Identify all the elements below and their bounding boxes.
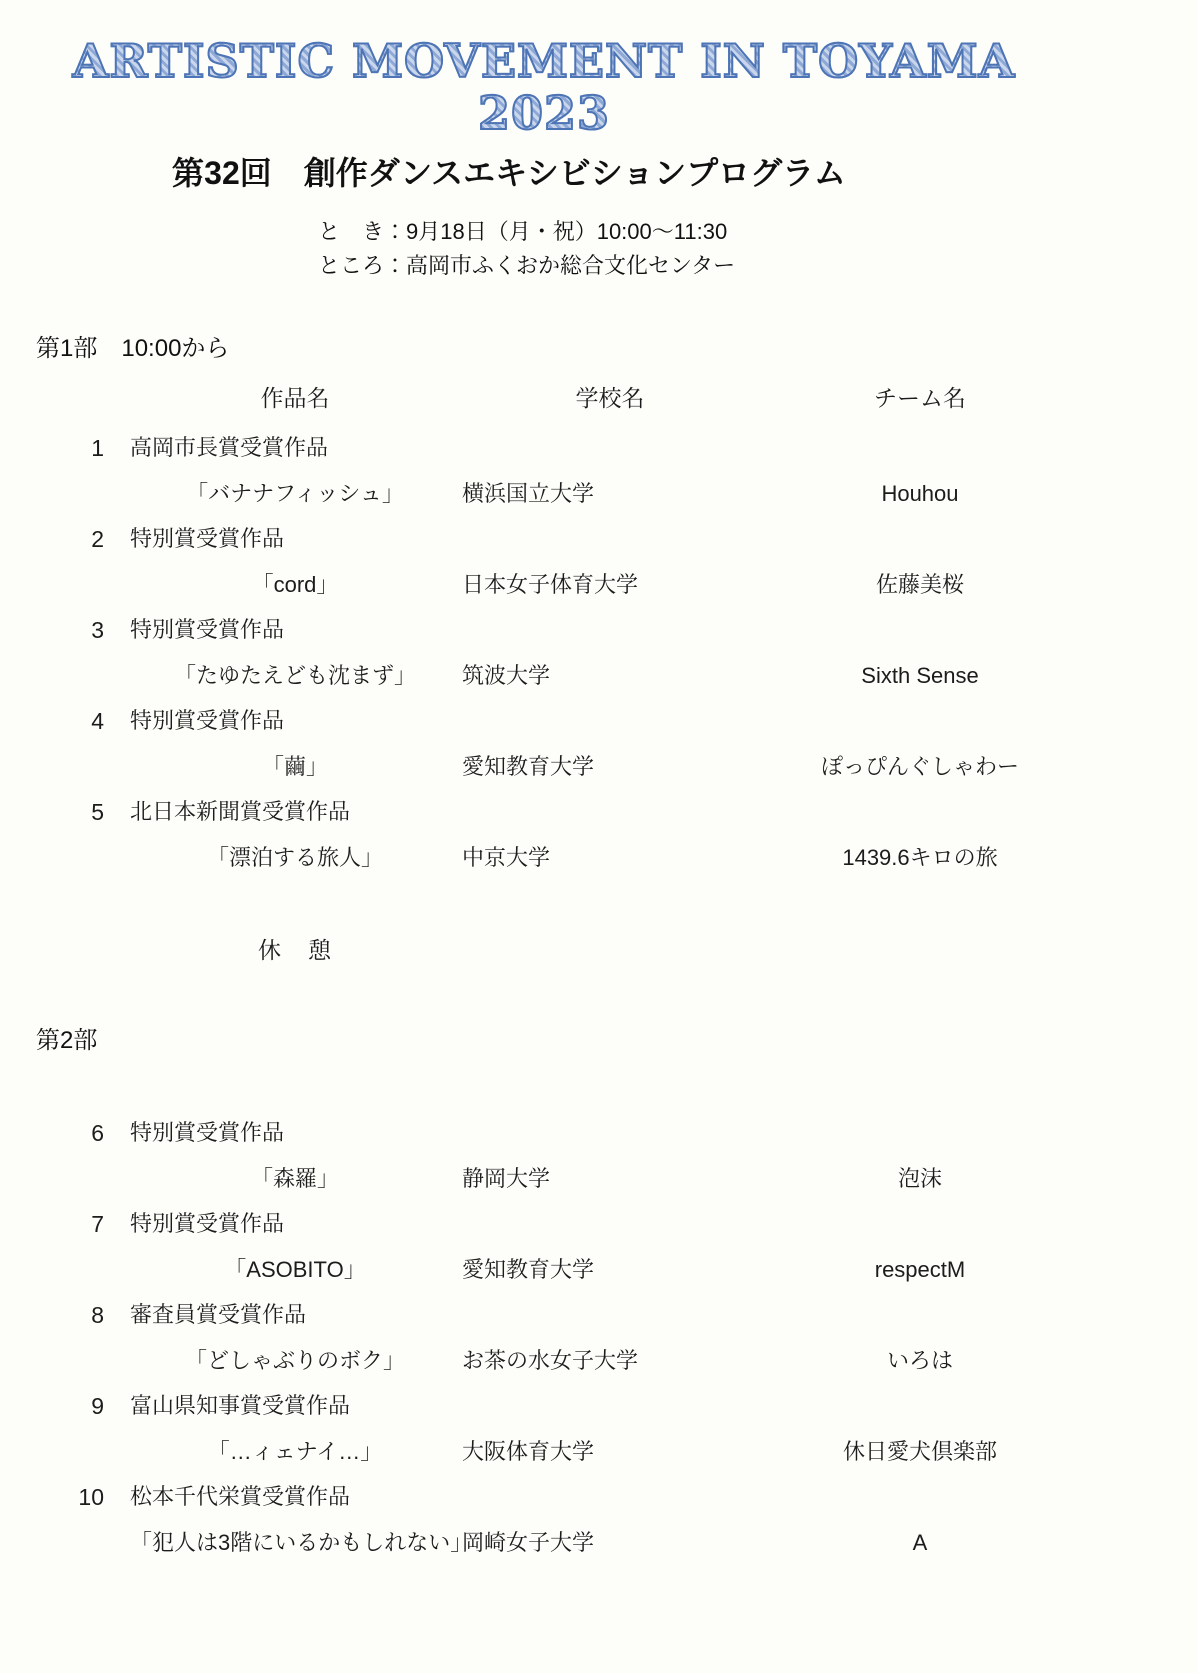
column-header-work: 作品名	[130, 383, 460, 413]
part1-start-time: 10:00から	[121, 335, 229, 362]
entry-number: 8	[60, 1300, 130, 1330]
entry-work-line: 「森羅」 静岡大学 泡沫	[60, 1164, 1198, 1194]
part2-heading: 第2部	[36, 1025, 1198, 1057]
entry-team: respectM	[760, 1255, 1080, 1285]
entry-work-title: 「どしゃぶりのボク」	[130, 1346, 460, 1376]
entry-team: Sixth Sense	[760, 661, 1080, 691]
entry-work-line: 「…ィェナイ…」 大阪体育大学 休日愛犬倶楽部	[60, 1437, 1198, 1467]
entry-work-title: 「漂泊する旅人」	[130, 843, 460, 873]
column-header-school: 学校名	[460, 383, 760, 413]
entry-award-line: 4 特別賞受賞作品	[60, 706, 1198, 736]
entry-team: 休日愛犬倶楽部	[760, 1437, 1080, 1467]
entry-team: 泡沫	[760, 1164, 1080, 1194]
entry-number-spacer	[60, 752, 130, 782]
entry-work-line: 「漂泊する旅人」 中京大学 1439.6キロの旅	[60, 843, 1198, 873]
event-datetime: と き：9月18日（月・祝）10:00〜11:30	[318, 215, 1198, 249]
entry-school: 岡崎女子大学	[460, 1528, 760, 1558]
entry-award-line: 3 特別賞受賞作品	[60, 615, 1198, 645]
entry-number-spacer	[60, 1346, 130, 1376]
entry-award-line: 6 特別賞受賞作品	[60, 1118, 1198, 1148]
entry-number-spacer	[60, 1255, 130, 1285]
column-header-team: チーム名	[760, 383, 1080, 413]
entry-work-title: 「森羅」	[130, 1164, 460, 1194]
part2-entry-list: 6 特別賞受賞作品 「森羅」 静岡大学 泡沫 7 特別賞受賞作品 「ASOBIT…	[0, 1118, 1198, 1558]
event-title: ARTISTIC MOVEMENT IN TOYAMA 2023	[0, 36, 1088, 139]
part1-label: 第1部	[36, 335, 97, 362]
entry-award: 特別賞受賞作品	[130, 1118, 1198, 1148]
entry-award-line: 8 審査員賞受賞作品	[60, 1300, 1198, 1330]
entry-number: 4	[60, 706, 130, 736]
entry-school: 愛知教育大学	[460, 752, 760, 782]
entry-work-line: 「ASOBITO」 愛知教育大学 respectM	[60, 1255, 1198, 1285]
program-entry: 7 特別賞受賞作品 「ASOBITO」 愛知教育大学 respectM	[0, 1209, 1198, 1285]
program-entry: 8 審査員賞受賞作品 「どしゃぶりのボク」 お茶の水女子大学 いろは	[0, 1300, 1198, 1376]
entry-number-spacer	[60, 661, 130, 691]
entry-award-line: 2 特別賞受賞作品	[60, 524, 1198, 554]
program-entry: 10 松本千代栄賞受賞作品 「犯人は3階にいるかもしれない」 岡崎女子大学 A	[0, 1482, 1198, 1558]
entry-school: 大阪体育大学	[460, 1437, 760, 1467]
entry-school: 筑波大学	[460, 661, 760, 691]
entry-award-line: 5 北日本新聞賞受賞作品	[60, 797, 1198, 827]
entry-award: 特別賞受賞作品	[130, 1209, 1198, 1239]
entry-award: 審査員賞受賞作品	[130, 1300, 1198, 1330]
program-subtitle: 第32回 創作ダンスエキシビションプログラム	[0, 153, 1018, 193]
entry-school: 静岡大学	[460, 1164, 760, 1194]
program-entry: 6 特別賞受賞作品 「森羅」 静岡大学 泡沫	[0, 1118, 1198, 1194]
entry-award-line: 7 特別賞受賞作品	[60, 1209, 1198, 1239]
event-meta: と き：9月18日（月・祝）10:00〜11:30 ところ：高岡市ふくおか総合文…	[318, 215, 1198, 283]
entry-team: ぽっぴんぐしゃわー	[760, 752, 1080, 782]
entry-work-line: 「繭」 愛知教育大学 ぽっぴんぐしゃわー	[60, 752, 1198, 782]
entry-number: 5	[60, 797, 130, 827]
entry-award-line: 1 高岡市長賞受賞作品	[60, 433, 1198, 463]
entry-school: 中京大学	[460, 843, 760, 873]
part1-heading: 第1部10:00から	[36, 333, 1198, 365]
entry-work-title: 「ASOBITO」	[130, 1255, 460, 1285]
part1-entry-list: 1 高岡市長賞受賞作品 「バナナフィッシュ」 横浜国立大学 Houhou 2 特…	[0, 433, 1198, 873]
intermission-label: 休 憩	[258, 935, 1198, 965]
program-entry: 2 特別賞受賞作品 「cord」 日本女子体育大学 佐藤美桜	[0, 524, 1198, 600]
entry-team: Houhou	[760, 479, 1080, 509]
entry-award: 特別賞受賞作品	[130, 524, 1198, 554]
program-document: { "page": { "title": "ARTISTIC MOVEMENT …	[0, 0, 1198, 1673]
entry-work-title: 「犯人は3階にいるかもしれない」	[130, 1528, 460, 1558]
entry-work-title: 「…ィェナイ…」	[130, 1437, 460, 1467]
program-entry: 9 富山県知事賞受賞作品 「…ィェナイ…」 大阪体育大学 休日愛犬倶楽部	[0, 1391, 1198, 1467]
part2-label: 第2部	[36, 1027, 97, 1054]
program-entry: 4 特別賞受賞作品 「繭」 愛知教育大学 ぽっぴんぐしゃわー	[0, 706, 1198, 782]
entry-number: 3	[60, 615, 130, 645]
entry-number-spacer	[60, 1164, 130, 1194]
entry-award-line: 10 松本千代栄賞受賞作品	[60, 1482, 1198, 1512]
entry-number: 9	[60, 1391, 130, 1421]
entry-school: 愛知教育大学	[460, 1255, 760, 1285]
entry-work-line: 「バナナフィッシュ」 横浜国立大学 Houhou	[60, 479, 1198, 509]
entry-team: いろは	[760, 1346, 1080, 1376]
entry-number-spacer	[60, 843, 130, 873]
program-entry: 1 高岡市長賞受賞作品 「バナナフィッシュ」 横浜国立大学 Houhou	[0, 433, 1198, 509]
entry-number-spacer	[60, 1528, 130, 1558]
entry-school: お茶の水女子大学	[460, 1346, 760, 1376]
entry-award: 北日本新聞賞受賞作品	[130, 797, 1198, 827]
entry-number-spacer	[60, 570, 130, 600]
entry-work-line: 「cord」 日本女子体育大学 佐藤美桜	[60, 570, 1198, 600]
entry-number-spacer	[60, 1437, 130, 1467]
entry-work-line: 「たゆたえども沈まず」 筑波大学 Sixth Sense	[60, 661, 1198, 691]
entry-school: 日本女子体育大学	[460, 570, 760, 600]
program-entry: 5 北日本新聞賞受賞作品 「漂泊する旅人」 中京大学 1439.6キロの旅	[0, 797, 1198, 873]
entry-team: A	[760, 1528, 1080, 1558]
entry-number: 2	[60, 524, 130, 554]
column-header-row: 作品名 学校名 チーム名	[60, 383, 1198, 413]
program-entry: 3 特別賞受賞作品 「たゆたえども沈まず」 筑波大学 Sixth Sense	[0, 615, 1198, 691]
entry-award: 富山県知事賞受賞作品	[130, 1391, 1198, 1421]
event-venue: ところ：高岡市ふくおか総合文化センター	[318, 249, 1198, 283]
entry-number: 1	[60, 433, 130, 463]
entry-work-title: 「たゆたえども沈まず」	[130, 661, 460, 691]
entry-school: 横浜国立大学	[460, 479, 760, 509]
entry-award-line: 9 富山県知事賞受賞作品	[60, 1391, 1198, 1421]
entry-work-line: 「どしゃぶりのボク」 お茶の水女子大学 いろは	[60, 1346, 1198, 1376]
entry-number: 10	[60, 1482, 130, 1512]
entry-team: 佐藤美桜	[760, 570, 1080, 600]
entry-work-title: 「cord」	[130, 570, 460, 600]
entry-work-line: 「犯人は3階にいるかもしれない」 岡崎女子大学 A	[60, 1528, 1198, 1558]
entry-award: 高岡市長賞受賞作品	[130, 433, 1198, 463]
entry-number: 7	[60, 1209, 130, 1239]
entry-work-title: 「バナナフィッシュ」	[130, 479, 460, 509]
entry-award: 特別賞受賞作品	[130, 706, 1198, 736]
entry-work-title: 「繭」	[130, 752, 460, 782]
entry-award: 特別賞受賞作品	[130, 615, 1198, 645]
entry-team: 1439.6キロの旅	[760, 843, 1080, 873]
entry-number: 6	[60, 1118, 130, 1148]
entry-award: 松本千代栄賞受賞作品	[130, 1482, 1198, 1512]
entry-number-spacer	[60, 479, 130, 509]
